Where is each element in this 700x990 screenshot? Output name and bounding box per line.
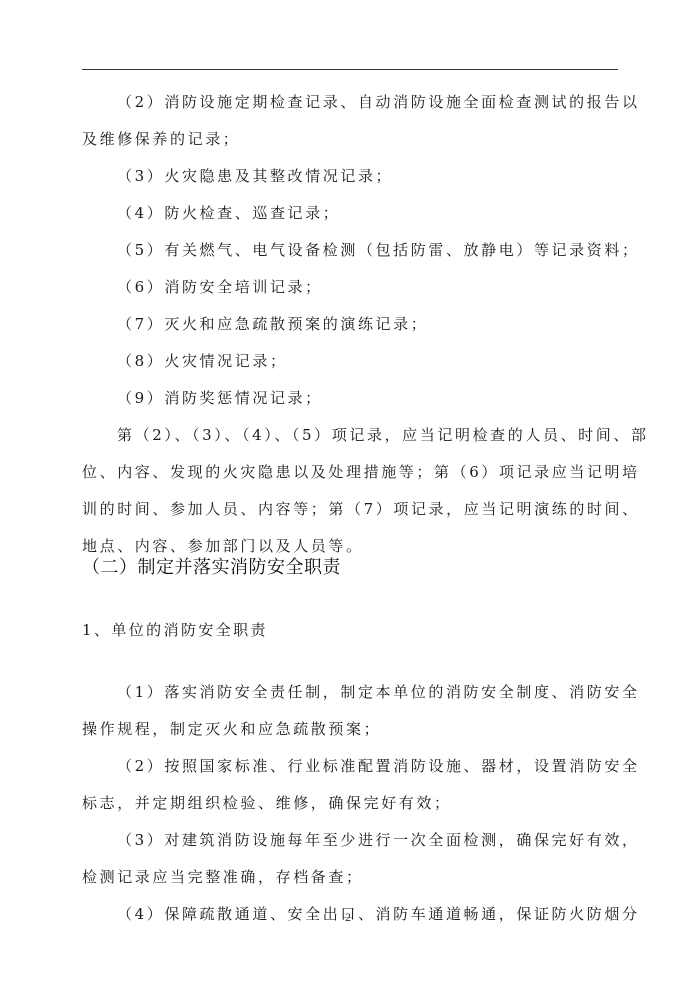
- sub-heading: 1、单位的消防安全职责: [82, 619, 268, 640]
- list-item: （5）有关燃气、电气设备检测（包括防雷、放静电）等记录资料；: [82, 232, 618, 269]
- duty-item-continuation: 操作规程，制定灭火和应急疏散预案；: [82, 711, 618, 748]
- duty-item-continuation: 标志，并定期组织检验、维修，确保完好有效；: [82, 785, 618, 822]
- note-paragraph-line: 第（2）、（3）、（4）、（5）项记录，应当记明检查的人员、时间、部: [82, 417, 618, 454]
- list-item: （8）火灾情况记录；: [82, 343, 618, 380]
- list-item: （4）防火检查、巡查记录；: [82, 195, 618, 232]
- page-number: 2: [345, 910, 351, 925]
- duty-item: （3）对建筑消防设施每年至少进行一次全面检测，确保完好有效，: [82, 822, 618, 859]
- list-item: （6）消防安全培训记录；: [82, 269, 618, 306]
- duty-item: （2）按照国家标准、行业标准配置消防设施、器材，设置消防安全: [82, 748, 618, 785]
- header-rule: [82, 69, 618, 70]
- duty-item: （1）落实消防安全责任制，制定本单位的消防安全制度、消防安全: [82, 674, 618, 711]
- list-item: （3）火灾隐患及其整改情况记录；: [82, 158, 618, 195]
- list-item: （7）灭火和应急疏散预案的演练记录；: [82, 306, 618, 343]
- note-paragraph-line: 位、内容、发现的火灾隐患以及处理措施等；第（6）项记录应当记明培: [82, 454, 618, 491]
- records-list: （2）消防设施定期检查记录、自动消防设施全面检查测试的报告以 及维修保养的记录；…: [82, 84, 618, 565]
- list-item: （2）消防设施定期检查记录、自动消防设施全面检查测试的报告以: [82, 84, 618, 121]
- note-paragraph-line: 训的时间、参加人员、内容等；第（7）项记录，应当记明演练的时间、: [82, 491, 618, 528]
- list-item: （9）消防奖惩情况记录；: [82, 380, 618, 417]
- section-heading: （二）制定并落实消防安全职责: [82, 553, 341, 579]
- duties-list: （1）落实消防安全责任制，制定本单位的消防安全制度、消防安全 操作规程，制定灭火…: [82, 674, 618, 933]
- duty-item-continuation: 检测记录应当完整准确，存档备查；: [82, 859, 618, 896]
- list-item-continuation: 及维修保养的记录；: [82, 121, 618, 158]
